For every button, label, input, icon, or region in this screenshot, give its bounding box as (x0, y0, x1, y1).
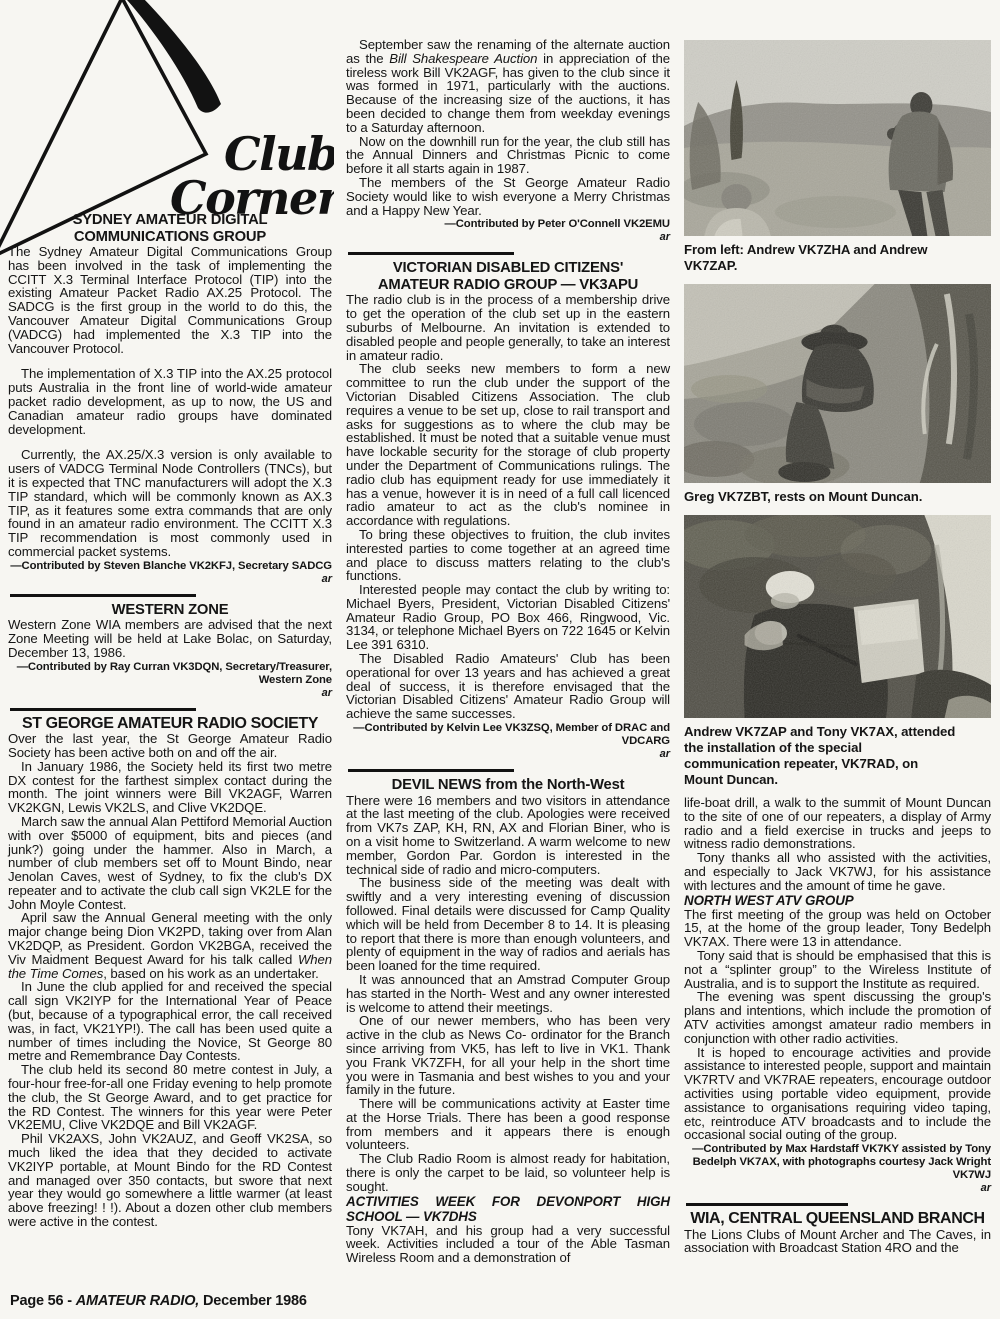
article-heading: ST GEORGE AMATEUR RADIO SOCIETY (8, 716, 332, 733)
page-footer: Page 56 - AMATEUR RADIO, December 1986 (10, 1293, 307, 1309)
heading-line: WIA, CENTRAL QUEENSLAND BRANCH (684, 1211, 991, 1228)
article-victorian-disabled: VICTORIAN DISABLED CITIZENS' AMATEUR RAD… (346, 260, 670, 760)
end-of-article-mark: ar (346, 749, 670, 760)
caption-line: Andrew VK7ZAP and Tony VK7AX, attended (684, 724, 991, 740)
paragraph: In January 1986, the Society held its fi… (8, 760, 332, 815)
heading-line: DEVIL NEWS from the North-West (346, 777, 670, 794)
photo-repeater-installation (684, 515, 991, 718)
paragraph: The implementation of X.3 TIP into the A… (8, 367, 332, 436)
heading-line: SYDNEY AMATEUR DIGITAL (8, 212, 332, 229)
heading-line: ST GEORGE AMATEUR RADIO SOCIETY (8, 716, 332, 733)
issue-date: December 1986 (199, 1293, 307, 1309)
caption-line: the installation of the special (684, 740, 991, 756)
paragraph: April saw the Annual General meeting wit… (8, 911, 332, 980)
heading-line: AMATEUR RADIO GROUP — VK3APU (346, 277, 670, 294)
paragraph: March saw the annual Alan Pettiford Memo… (8, 815, 332, 912)
contribution-credit: —Contributed by Ray Curran VK3DQN, Secre… (8, 661, 332, 687)
section-rule (10, 708, 196, 711)
article-heading: DEVIL NEWS from the North-West (346, 777, 670, 794)
paragraph: Phil VK2AXS, John VK2AUZ, and Geoff VK2S… (8, 1132, 332, 1229)
caption-line: From left: Andrew VK7ZHA and Andrew (684, 242, 991, 258)
article-wia-central-queensland: WIA, CENTRAL QUEENSLAND BRANCH The Lions… (684, 1211, 991, 1255)
paragraph: The business side of the meeting was dea… (346, 876, 670, 973)
article-sydney-sadcg: SYDNEY AMATEUR DIGITAL COMMUNICATIONS GR… (8, 212, 332, 585)
paragraph: There will be communications activity at… (346, 1097, 670, 1152)
paragraph: One of our newer members, who has been v… (346, 1014, 670, 1097)
paragraph: Interested people may contact the club b… (346, 583, 670, 652)
paragraph: There were 16 members and two visitors i… (346, 794, 670, 877)
paragraph: The members of the St George Amateur Rad… (346, 176, 670, 217)
paragraph: The club seeks new members to form a new… (346, 362, 670, 528)
article-devonport-continued: life-boat drill, a walk to the summit of… (684, 796, 991, 1194)
italic-title: Bill Shakespeare Auction (389, 51, 537, 66)
contribution-credit: —Contributed by Kelvin Lee VK3ZSQ, Membe… (346, 722, 670, 748)
paragraph: The evening was spent discussing the gro… (684, 990, 991, 1045)
paragraph: Currently, the AX.25/X.3 version is only… (8, 448, 332, 558)
page-number: Page 56 (10, 1293, 63, 1309)
paragraph: The club held its second 80 metre contes… (8, 1063, 332, 1132)
paragraph: The Club Radio Room is almost ready for … (346, 1152, 670, 1193)
heading-line: VICTORIAN DISABLED CITIZENS' (346, 260, 670, 277)
paragraph: The first meeting of the group was held … (684, 908, 991, 949)
photo-caption: From left: Andrew VK7ZHA and Andrew VK7Z… (684, 242, 991, 274)
paragraph: September saw the renaming of the altern… (346, 38, 670, 135)
contribution-credit: —Contributed by Peter O'Connell VK2EMU (346, 218, 670, 231)
paragraph: It is hoped to encourage activities and … (684, 1046, 991, 1143)
section-rule (686, 1203, 848, 1206)
contribution-credit: —Contributed by Max Hardstaff VK7KY assi… (684, 1143, 991, 1182)
paragraph: The Sydney Amateur Digital Communication… (8, 245, 332, 355)
article-st-george: ST GEORGE AMATEUR RADIO SOCIETY Over the… (8, 716, 332, 1229)
paragraph: Now on the downhill run for the year, th… (346, 135, 670, 176)
photo-andrew-vk7zha-vk7zap (684, 40, 991, 236)
text-run: , based on his work as an undertaker. (103, 966, 319, 981)
paragraph: Western Zone WIA members are advised tha… (8, 618, 332, 659)
section-rule (348, 769, 514, 772)
paragraph: The radio club is in the process of a me… (346, 293, 670, 362)
paragraph: Tony thanks all who assisted with the ac… (684, 851, 991, 892)
text-run: April saw the Annual General meeting wit… (8, 910, 332, 966)
end-of-article-mark: ar (684, 1183, 991, 1194)
photo-greg-vk7zbt (684, 284, 991, 483)
end-of-article-mark: ar (8, 688, 332, 699)
sub-heading: ACTIVITIES WEEK FOR DEVONPORT HIGH SCHOO… (346, 1194, 670, 1224)
section-rule (10, 594, 196, 597)
paragraph: To bring these objectives to fruition, t… (346, 528, 670, 583)
paragraph: It was announced that an Amstrad Compute… (346, 973, 670, 1014)
sub-heading: NORTH WEST ATV GROUP (684, 893, 991, 908)
end-of-article-mark: ar (346, 232, 670, 243)
heading-line: COMMUNICATIONS GROUP (8, 229, 332, 246)
contribution-credit: —Contributed by Steven Blanche VK2KFJ, S… (8, 560, 332, 573)
column-3: From left: Andrew VK7ZHA and Andrew VK7Z… (684, 40, 991, 1255)
column-2: September saw the renaming of the altern… (346, 38, 670, 1265)
paragraph: In June the club applied for and receive… (8, 980, 332, 1063)
photo-caption: Andrew VK7ZAP and Tony VK7AX, attended t… (684, 724, 991, 788)
logo-spacer (8, 0, 332, 212)
caption-line: Greg VK7ZBT, rests on Mount Duncan. (684, 489, 991, 505)
section-rule (348, 252, 514, 255)
article-heading: WIA, CENTRAL QUEENSLAND BRANCH (684, 1211, 991, 1228)
footer-separator: - (63, 1293, 75, 1309)
article-heading: VICTORIAN DISABLED CITIZENS' AMATEUR RAD… (346, 260, 670, 293)
paragraph: Tony said that is should be emphasised t… (684, 949, 991, 990)
paragraph: life-boat drill, a walk to the summit of… (684, 796, 991, 851)
photo-caption: Greg VK7ZBT, rests on Mount Duncan. (684, 489, 991, 505)
paragraph: Tony VK7AH, and his group had a very suc… (346, 1224, 670, 1265)
article-st-george-continued: September saw the renaming of the altern… (346, 38, 670, 243)
caption-line: communication repeater, VK7RAD, on (684, 756, 991, 772)
article-western-zone: WESTERN ZONE Western Zone WIA members ar… (8, 602, 332, 699)
caption-line: Mount Duncan. (684, 772, 991, 788)
article-heading: SYDNEY AMATEUR DIGITAL COMMUNICATIONS GR… (8, 212, 332, 245)
end-of-article-mark: ar (8, 574, 332, 585)
paragraph: The Disabled Radio Amateurs' Club has be… (346, 652, 670, 721)
magazine-title: AMATEUR RADIO, (76, 1293, 199, 1309)
caption-line: VK7ZAP. (684, 258, 991, 274)
paragraph: Over the last year, the St George Amateu… (8, 732, 332, 760)
heading-line: WESTERN ZONE (8, 602, 332, 619)
article-heading: WESTERN ZONE (8, 602, 332, 619)
paragraph: The Lions Clubs of Mount Archer and The … (684, 1228, 991, 1256)
article-devil-news: DEVIL NEWS from the North-West There wer… (346, 777, 670, 1265)
column-1: SYDNEY AMATEUR DIGITAL COMMUNICATIONS GR… (8, 0, 332, 1229)
